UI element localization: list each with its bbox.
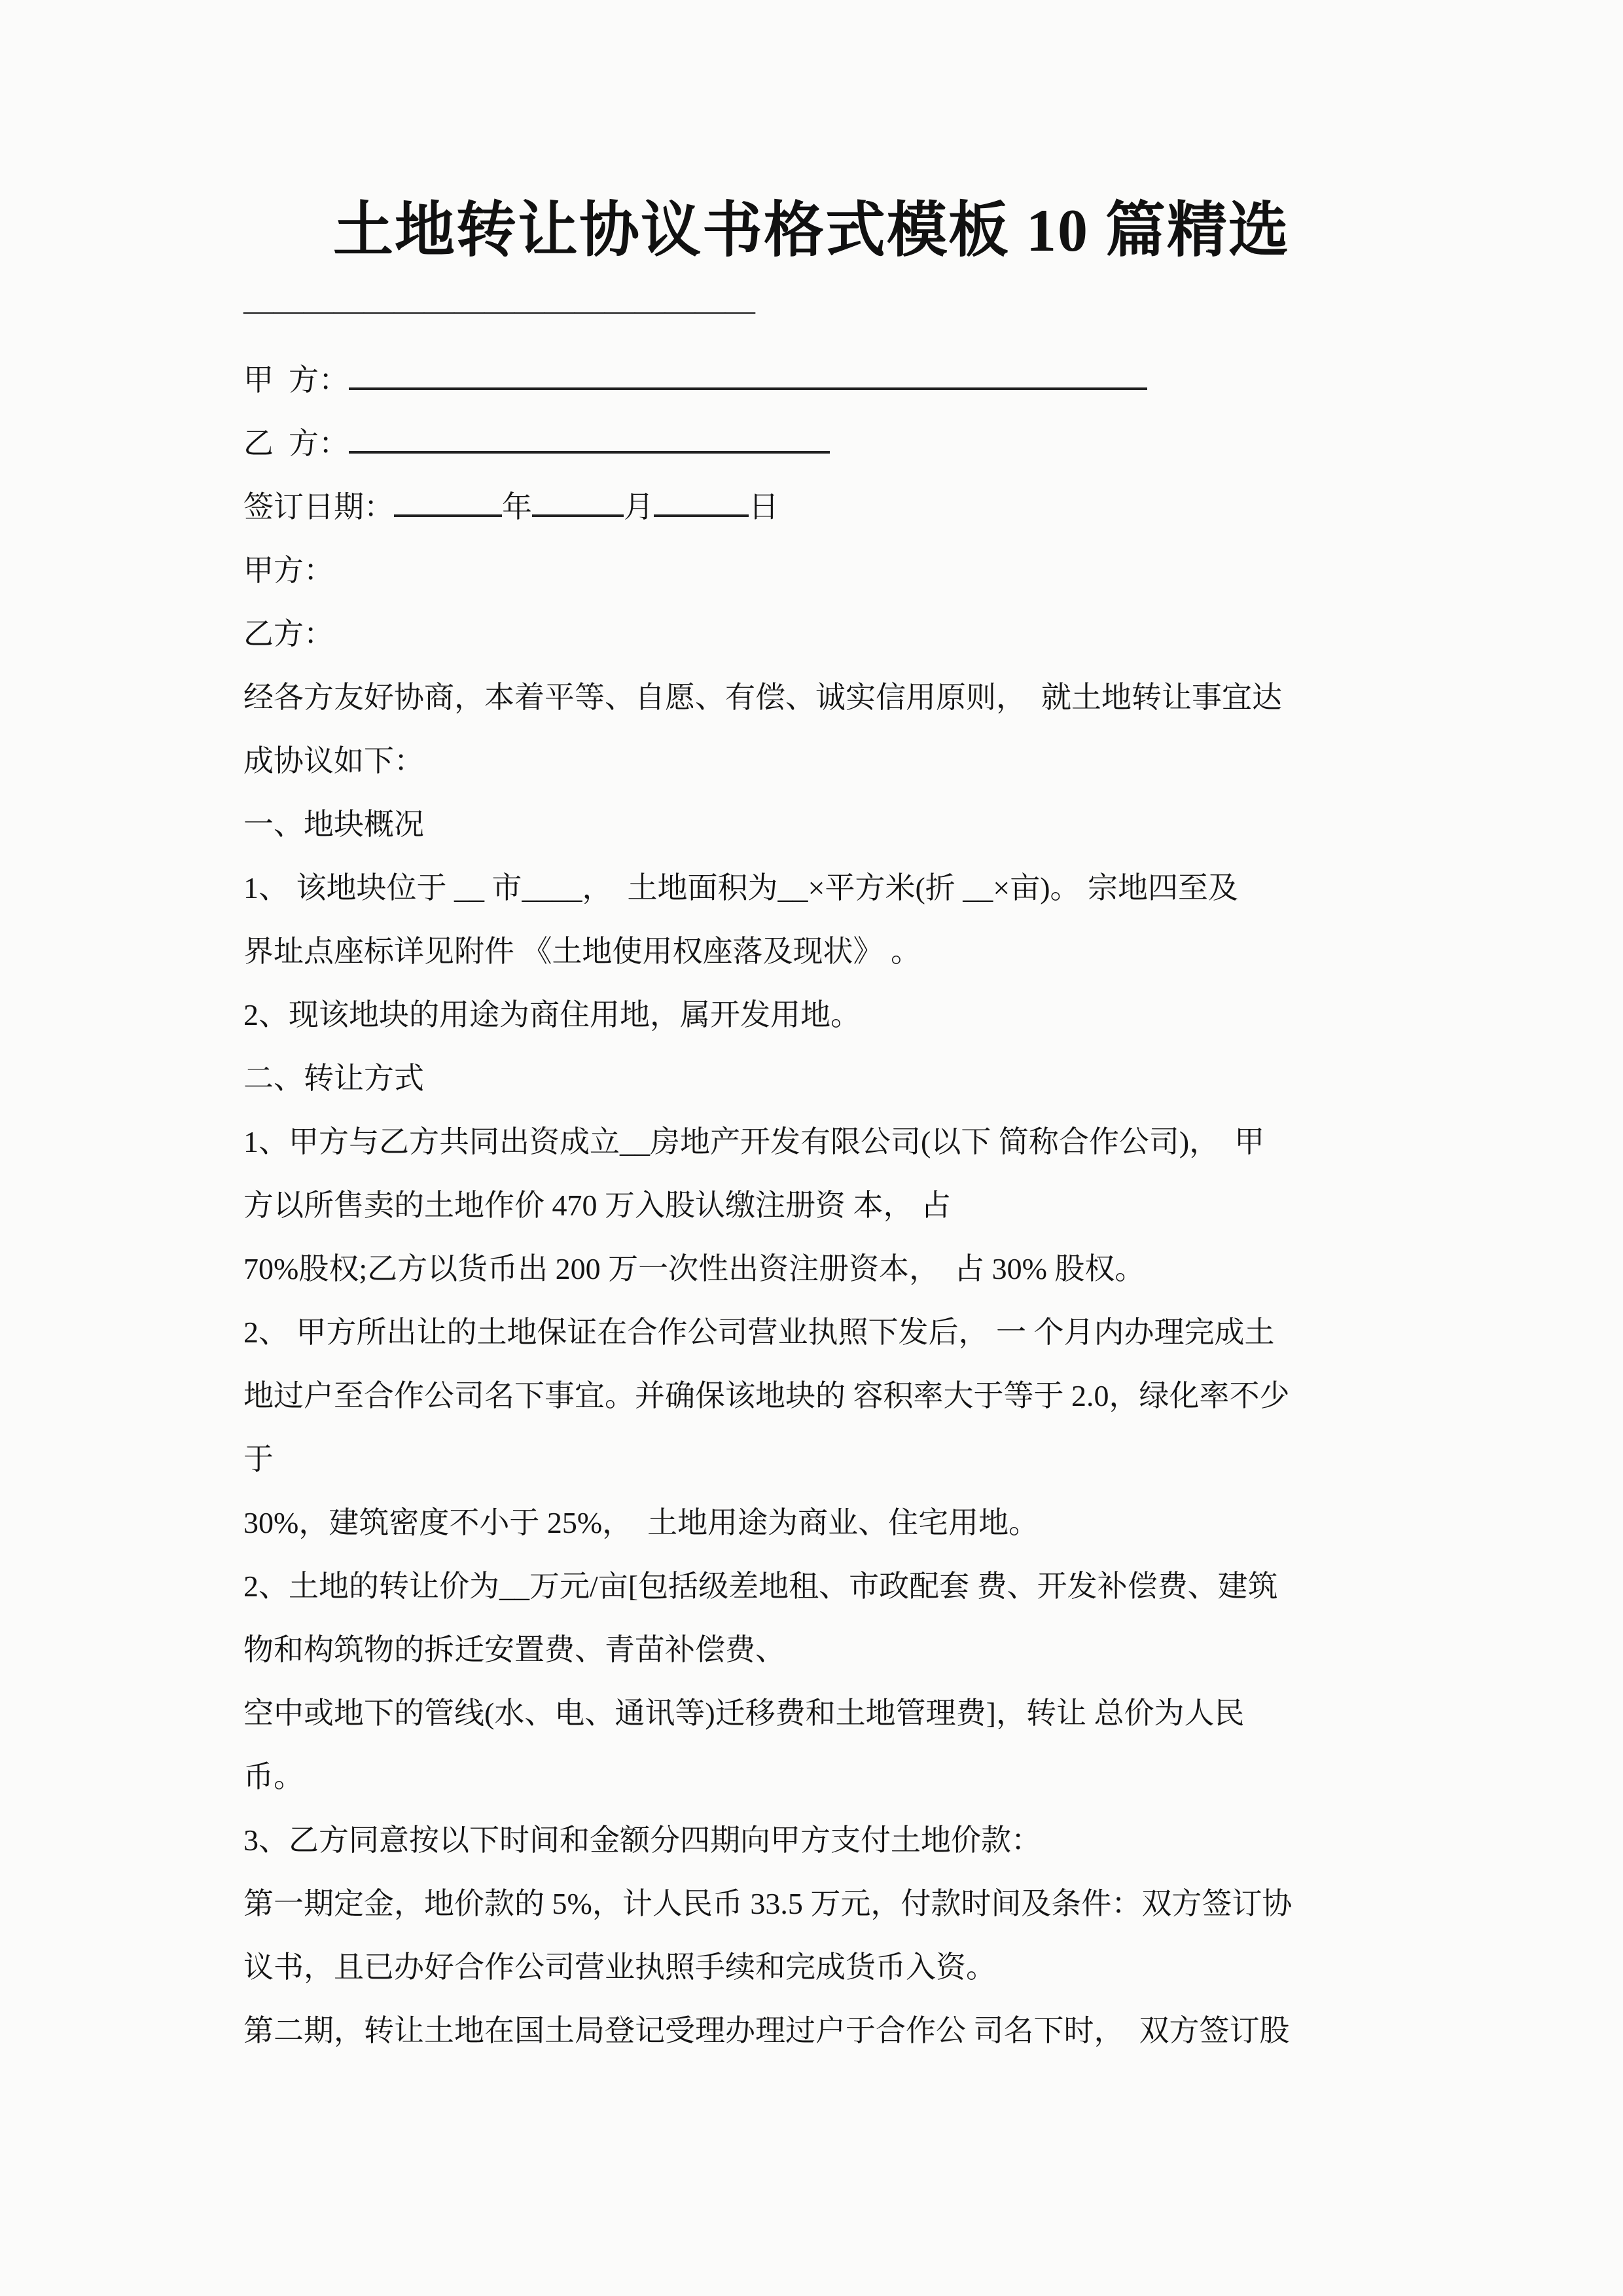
body-line: 界址点座标详见附件 《土地使用权座落及现状》 。 xyxy=(243,920,1385,983)
body-line: 二、转让方式 xyxy=(243,1047,1385,1110)
document-title: 土地转让协议书格式模板 10 篇精选 xyxy=(0,182,1623,268)
body-line: 3、乙方同意按以下时间和金额分四期向甲方支付土地价款： xyxy=(243,1808,1385,1872)
body-line: 成协议如下： xyxy=(243,729,1385,793)
body-line: 70%股权;乙方以货币出 200 万一次性出资注册资本， 占 30% 股权。 xyxy=(243,1237,1385,1300)
month-label: 月 xyxy=(624,490,654,524)
title-divider-line: ————————————————— xyxy=(243,278,755,342)
body-line: 于 xyxy=(243,1427,1385,1491)
body-line: 币。 xyxy=(243,1745,1385,1808)
body-line: 第一期定金，地价款的 5%，计人民币 33.5 万元，付款时间及条件：双方签订协 xyxy=(243,1872,1385,1935)
body-line: 甲方： xyxy=(243,539,1385,602)
party-b-row: 乙 方： xyxy=(243,412,1385,475)
body-line: 第二期，转让土地在国土局登记受理办理过户于合作公 司名下时， 双方签订股 xyxy=(243,1999,1385,2062)
body-line: 2、 甲方所出让的土地保证在合作公司营业执照下发后， 一 个月内办理完成土 xyxy=(243,1300,1385,1364)
document-body: 甲 方： 乙 方： 签订日期：年月日 甲方： 乙方： 经各方友好协商，本着平等、… xyxy=(243,348,1385,2062)
party-b-label: 乙 方： xyxy=(243,427,349,460)
month-blank-line xyxy=(532,514,624,517)
body-line: 乙方： xyxy=(243,602,1385,666)
sign-date-row: 签订日期：年月日 xyxy=(243,475,1385,539)
body-line: 经各方友好协商，本着平等、自愿、有偿、诚实信用原则， 就土地转让事宜达 xyxy=(243,666,1385,729)
body-line: 方以所售卖的土地作价 470 万入股认缴注册资 本， 占 xyxy=(243,1174,1385,1237)
day-blank-line xyxy=(654,514,749,517)
body-line: 物和构筑物的拆迁安置费、青苗补偿费、 xyxy=(243,1618,1385,1681)
document-page: 土地转让协议书格式模板 10 篇精选 ————————————————— 甲 方… xyxy=(0,0,1623,2296)
party-a-blank-line xyxy=(349,387,1147,390)
body-line: 空中或地下的管线(水、电、通讯等)迁移费和土地管理费]，转让 总价为人民 xyxy=(243,1681,1385,1745)
body-line: 地过户至合作公司名下事宜。并确保该地块的 容积率大于等于 2.0，绿化率不少 xyxy=(243,1364,1385,1427)
sign-date-label: 签订日期： xyxy=(243,490,394,524)
body-line: 议书，且已办好合作公司营业执照手续和完成货币入资。 xyxy=(243,1935,1385,1999)
body-line: 2、土地的转让价为__万元/亩[包括级差地租、市政配套 费、开发补偿费、建筑 xyxy=(243,1554,1385,1618)
year-blank-line xyxy=(394,514,502,517)
party-b-blank-line xyxy=(349,450,830,454)
year-label: 年 xyxy=(502,490,532,524)
body-line: 1、甲方与乙方共同出资成立__房地产开发有限公司(以下 简称合作公司)， 甲 xyxy=(243,1110,1385,1174)
body-line: 30%，建筑密度不小于 25%， 土地用途为商业、住宅用地。 xyxy=(243,1491,1385,1554)
party-a-row: 甲 方： xyxy=(243,348,1385,412)
body-line: 1、 该地块位于 __ 市____， 土地面积为__×平方米(折 __×亩)。 … xyxy=(243,856,1385,920)
party-a-label: 甲 方： xyxy=(243,363,349,397)
day-label: 日 xyxy=(749,490,779,524)
body-line: 一、地块概况 xyxy=(243,793,1385,856)
body-line: 2、现该地块的用途为商住用地，属开发用地。 xyxy=(243,983,1385,1047)
